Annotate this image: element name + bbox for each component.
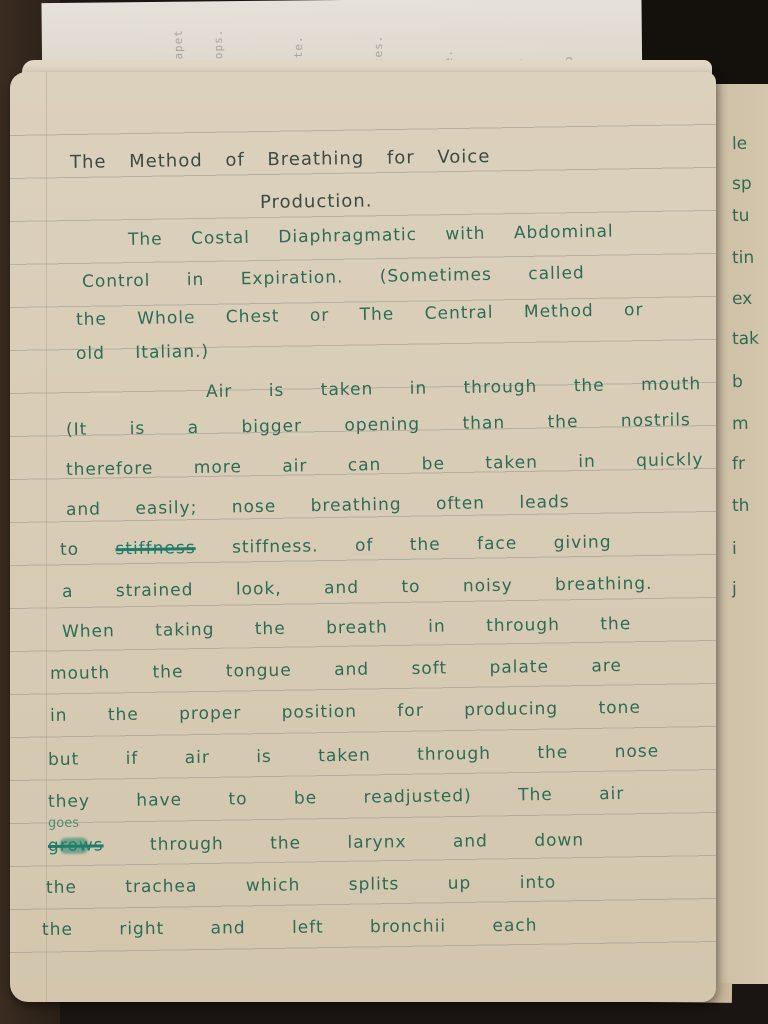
adjacent-fragment: sp (732, 174, 752, 194)
inserted-correction: goes (48, 816, 79, 831)
page-title-continued: Production. (260, 190, 373, 213)
adjacent-fragment: fr (732, 454, 745, 474)
adjacent-fragment: b (732, 372, 743, 392)
adjacent-fragment: i (732, 539, 737, 559)
blotted-word: grows (48, 835, 104, 856)
adjacent-fragment: th (732, 496, 750, 516)
adjacent-fragment: ex (732, 289, 753, 309)
notebook-page: The Method of Breathing for Voice Produc… (10, 72, 716, 1002)
adjacent-fragment: le (732, 134, 748, 154)
struck-word: stiffness (115, 538, 195, 559)
adjacent-fragment: m (732, 414, 749, 434)
word: to (60, 540, 79, 560)
adjacent-fragment: tin (732, 248, 755, 268)
adjacent-fragment: tak (732, 329, 759, 349)
adjacent-fragment: tu (732, 206, 750, 226)
adjacent-fragment: j (732, 579, 737, 599)
text-line: old Italian.) (76, 342, 209, 364)
margin-line (46, 72, 47, 1002)
